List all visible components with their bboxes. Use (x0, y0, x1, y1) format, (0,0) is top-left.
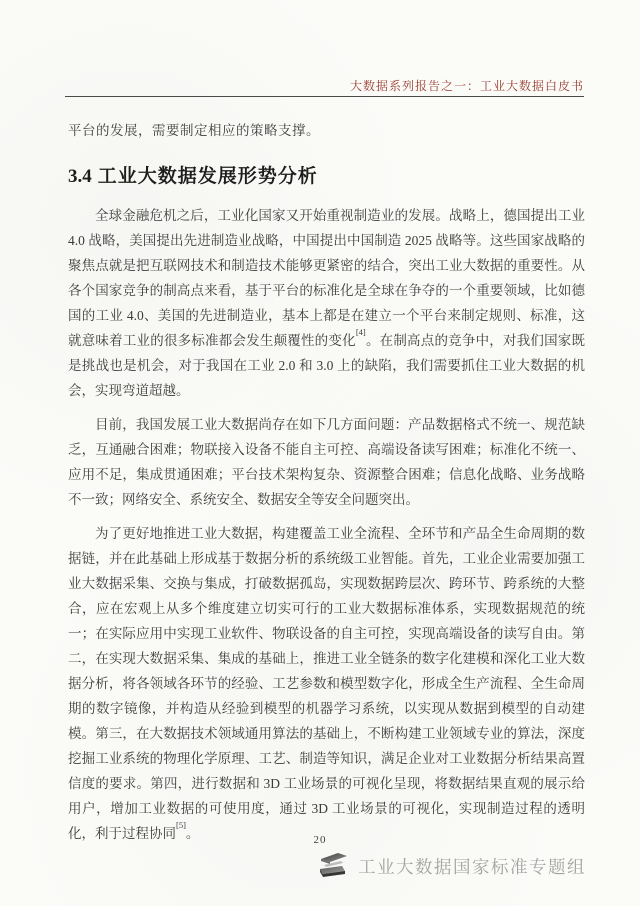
paragraph-1-text: 全球金融危机之后，工业化国家又开始重视制造业的发展。战略上，德国提出工业 4.0… (68, 208, 585, 348)
section-title: 工业大数据发展形势分析 (98, 166, 318, 187)
footer-logo: 工业大数据国家标准专题组 (317, 850, 586, 883)
citation-ref-4: [4] (356, 327, 366, 337)
page-number: 20 (0, 834, 640, 846)
paragraph-3-text: 为了更好地推进工业大数据，构建覆盖工业全流程、全环节和产品全生命周期的数据链，并… (68, 526, 585, 841)
paragraph-2: 目前，我国发展工业大数据尚存在如下几方面问题：产品数据格式不统一、规范缺乏，互通… (68, 412, 585, 512)
section-heading: 3.4工业大数据发展形势分析 (68, 164, 585, 190)
page-header: 大数据系列报告之一：工业大数据白皮书 (65, 77, 584, 94)
intro-paragraph: 平台的发展，需要制定相应的策略支撑。 (68, 118, 585, 143)
section-number: 3.4 (68, 166, 92, 187)
page-content: 平台的发展，需要制定相应的策略支撑。 3.4工业大数据发展形势分析 全球金融危机… (68, 118, 585, 846)
paragraph-1: 全球金融危机之后，工业化国家又开始重视制造业的发展。战略上，德国提出工业 4.0… (68, 203, 585, 403)
book-stack-icon (317, 850, 350, 883)
header-title: 大数据系列报告之一：工业大数据白皮书 (350, 79, 584, 93)
logo-text: 工业大数据国家标准专题组 (358, 854, 586, 879)
header-divider (65, 96, 584, 97)
citation-ref-5: [5] (176, 820, 186, 830)
document-page: 大数据系列报告之一：工业大数据白皮书 平台的发展，需要制定相应的策略支撑。 3.… (0, 0, 640, 906)
paragraph-3: 为了更好地推进工业大数据，构建覆盖工业全流程、全环节和产品全生命周期的数据链，并… (68, 521, 585, 846)
